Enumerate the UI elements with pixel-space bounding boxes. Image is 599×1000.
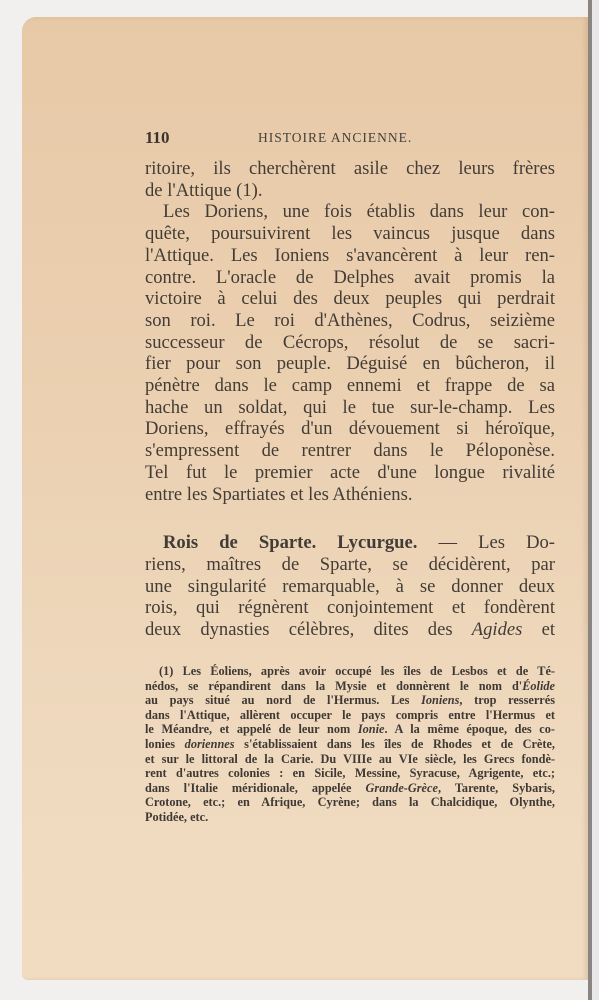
footnote-line: Potidée, etc.: [145, 810, 555, 825]
text-line: contre. L'oracle de Delphes avait promis…: [145, 267, 555, 289]
text-line: hache un soldat, qui le tue sur-le-champ…: [145, 397, 555, 419]
footnote: (1) Les Éoliens, après avoir occupé les …: [145, 664, 555, 825]
section-heading: Rois de Sparte. Lycurgue.: [163, 532, 417, 553]
text-line: pénètre dans le camp ennemi et frappe de…: [145, 375, 555, 397]
footnote-line: lonies doriennes s'établissaient dans le…: [145, 737, 555, 752]
text-fragment: s'établissaient dans les îles de Rhodes …: [235, 737, 555, 751]
text-fragment: le Méandre, et appelé de leur nom: [145, 722, 358, 736]
italic-term: Ionie: [358, 722, 385, 736]
text-line: son roi. Le roi d'Athènes, Codrus, seizi…: [145, 310, 555, 332]
text-fragment: — Les Do-: [417, 532, 555, 553]
italic-term: Ioniens: [421, 693, 459, 707]
footnote-line: au pays situé au nord de l'Hermus. Les I…: [145, 693, 555, 708]
text-line: de l'Attique (1).: [145, 180, 555, 202]
text-fragment: lonies: [145, 737, 185, 751]
text-line: Les Doriens, une fois établis dans leur …: [145, 201, 555, 223]
footnote-line: dans l'Attique, allèrent occuper le pays…: [145, 708, 555, 723]
text-fragment: au pays situé au nord de l'Hermus. Les: [145, 693, 421, 707]
scan-margin: [592, 0, 599, 1000]
main-text: ritoire, ils cherchèrent asile chez leur…: [145, 158, 555, 641]
text-line: entre les Spartiates et les Athéniens.: [145, 484, 555, 506]
footnote-line: dans l'Italie méridionale, appelée Grand…: [145, 781, 555, 796]
text-line: rois, qui régnèrent conjointement et fon…: [145, 597, 555, 619]
text-line: s'empressent de rentrer dans le Péloponè…: [145, 440, 555, 462]
text-fragment: , Tarente, Sybaris,: [438, 781, 555, 795]
text-fragment: . A la même époque, des co-: [384, 722, 555, 736]
footnote-line: (1) Les Éoliens, après avoir occupé les …: [145, 664, 555, 679]
text-line: une singularité remarquable, à se donner…: [145, 576, 555, 598]
footnote-line: le Méandre, et appelé de leur nom Ionie.…: [145, 722, 555, 737]
text-line: deux dynasties célèbres, dites des Agide…: [145, 619, 555, 641]
text-fragment: , trop resserrés: [459, 693, 555, 707]
page-header: 110 HISTOIRE ANCIENNE.: [145, 128, 565, 150]
section-first-line: Rois de Sparte. Lycurgue. — Les Do-: [145, 532, 555, 554]
running-head: HISTOIRE ANCIENNE.: [258, 130, 412, 146]
text-line: ritoire, ils cherchèrent asile chez leur…: [145, 158, 555, 180]
text-line: Doriens, effrayés d'un dévouement si hér…: [145, 418, 555, 440]
italic-term: Grande-Grèce: [366, 781, 438, 795]
text-fragment: nédos, se répandirent dans la Mysie et d…: [145, 679, 522, 693]
text-fragment: et: [522, 619, 555, 640]
text-line: l'Attique. Les Ioniens s'avancèrent à le…: [145, 245, 555, 267]
text-fragment: dans l'Italie méridionale, appelée: [145, 781, 366, 795]
text-fragment: deux dynasties célèbres, dites des: [145, 619, 472, 640]
text-line: successeur de Cécrops, résolut de se sac…: [145, 332, 555, 354]
footnote-line: nédos, se répandirent dans la Mysie et d…: [145, 679, 555, 694]
footnote-line: et sur le littoral de la Carie. Du VIIIe…: [145, 752, 555, 767]
footnote-line: rent d'autres colonies : en Sicile, Mess…: [145, 766, 555, 781]
text-line: fier pour son peuple. Déguisé en bûchero…: [145, 353, 555, 375]
italic-term: Éolide: [522, 679, 555, 693]
footnote-line: Crotone, etc.; en Afrique, Cyrène; dans …: [145, 795, 555, 810]
text-line: Tel fut le premier acte d'une longue riv…: [145, 462, 555, 484]
italic-term: doriennes: [185, 737, 235, 751]
text-line: riens, maîtres de Sparte, se décidèrent,…: [145, 554, 555, 576]
italic-term: Agides: [472, 619, 523, 640]
text-line: quête, poursuivirent les vaincus jusque …: [145, 223, 555, 245]
text-line: victoire à celui des deux peuples qui pe…: [145, 288, 555, 310]
page-number: 110: [145, 128, 170, 148]
section-gap: [145, 505, 555, 532]
